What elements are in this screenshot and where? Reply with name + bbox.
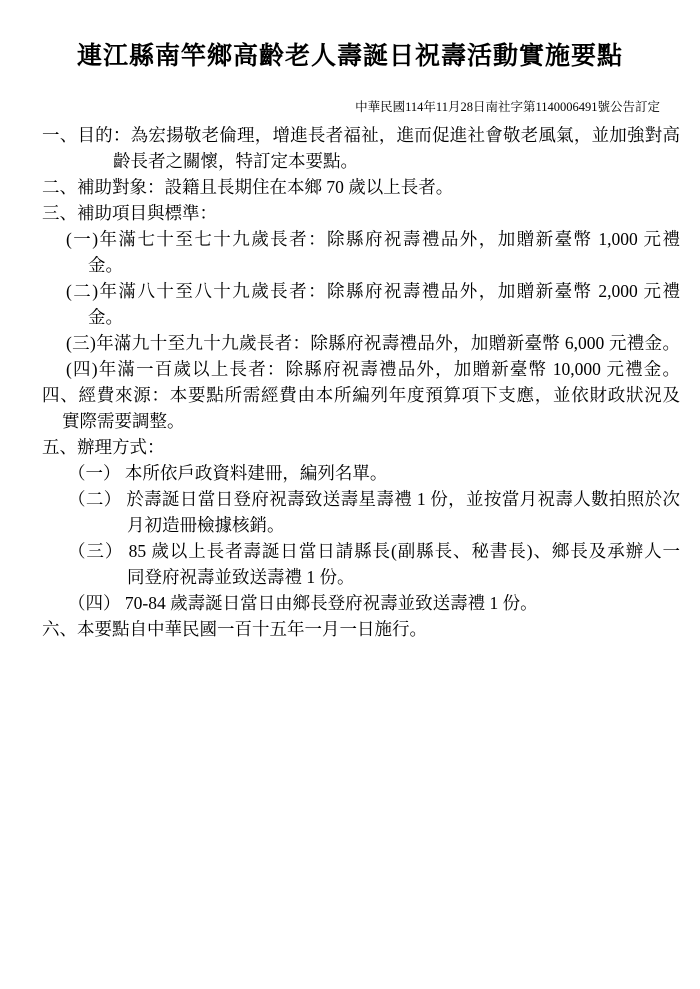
line-item3: 三、補助項目與標準： xyxy=(42,200,680,226)
line-item1: 一、目的：為宏揚敬老倫理，增進長者福祉，進而促進社會敬老風氣，並加強對高 xyxy=(42,122,680,148)
document-page: 連江縣南竿鄉高齡老人壽誕日祝壽活動實施要點 中華民國114年11月28日南社字第… xyxy=(0,0,700,989)
line-item3-sub3: (三)年滿九十至九十九歲長者：除縣府祝壽禮品外，加贈新臺幣 6,000 元禮金。 xyxy=(66,330,680,356)
line-item6: 六、本要點自中華民國一百十五年一月一日施行。 xyxy=(42,616,680,642)
line-item5-sub4: （四） 70-84 歲壽誕日當日由鄉長登府祝壽並致送壽禮 1 份。 xyxy=(68,590,680,616)
line-item1-cont: 齡長者之關懷，特訂定本要點。 xyxy=(113,148,680,174)
line-item3-sub1-cont: 金。 xyxy=(88,252,680,278)
line-item3-sub2-cont: 金。 xyxy=(88,304,680,330)
line-item3-sub1: (一)年滿七十至七十九歲長者：除縣府祝壽禮品外，加贈新臺幣 1,000 元禮 xyxy=(66,226,680,252)
line-item4: 四、經費來源：本要點所需經費由本所編列年度預算項下支應，並依財政狀況及 xyxy=(42,382,680,408)
issuance-line: 中華民國114年11月28日南社字第1140006491號公告訂定 xyxy=(0,99,660,115)
line-item3-sub2: (二)年滿八十至八十九歲長者：除縣府祝壽禮品外，加贈新臺幣 2,000 元禮 xyxy=(66,278,680,304)
line-item5: 五、辦理方式： xyxy=(42,434,680,460)
document-title: 連江縣南竿鄉高齡老人壽誕日祝壽活動實施要點 xyxy=(0,41,700,73)
line-item5-sub3-cont: 同登府祝壽並致送壽禮 1 份。 xyxy=(127,564,680,590)
line-item2: 二、補助對象：設籍且長期住在本鄉 70 歲以上長者。 xyxy=(42,174,680,200)
line-item5-sub2: （二） 於壽誕日當日登府祝壽致送壽星壽禮 1 份，並按當月祝壽人數拍照於次 xyxy=(68,486,680,512)
line-item4-cont: 實際需要調整。 xyxy=(62,408,680,434)
line-item5-sub3: （三） 85 歲以上長者壽誕日當日請縣長(副縣長、秘書長)、鄉長及承辦人一 xyxy=(68,538,680,564)
line-item5-sub1: （一） 本所依戶政資料建冊，編列名單。 xyxy=(68,460,680,486)
line-item3-sub4: (四)年滿一百歲以上長者：除縣府祝壽禮品外，加贈新臺幣 10,000 元禮金。 xyxy=(66,356,680,382)
line-item5-sub2-cont: 月初造冊檢據核銷。 xyxy=(127,512,680,538)
